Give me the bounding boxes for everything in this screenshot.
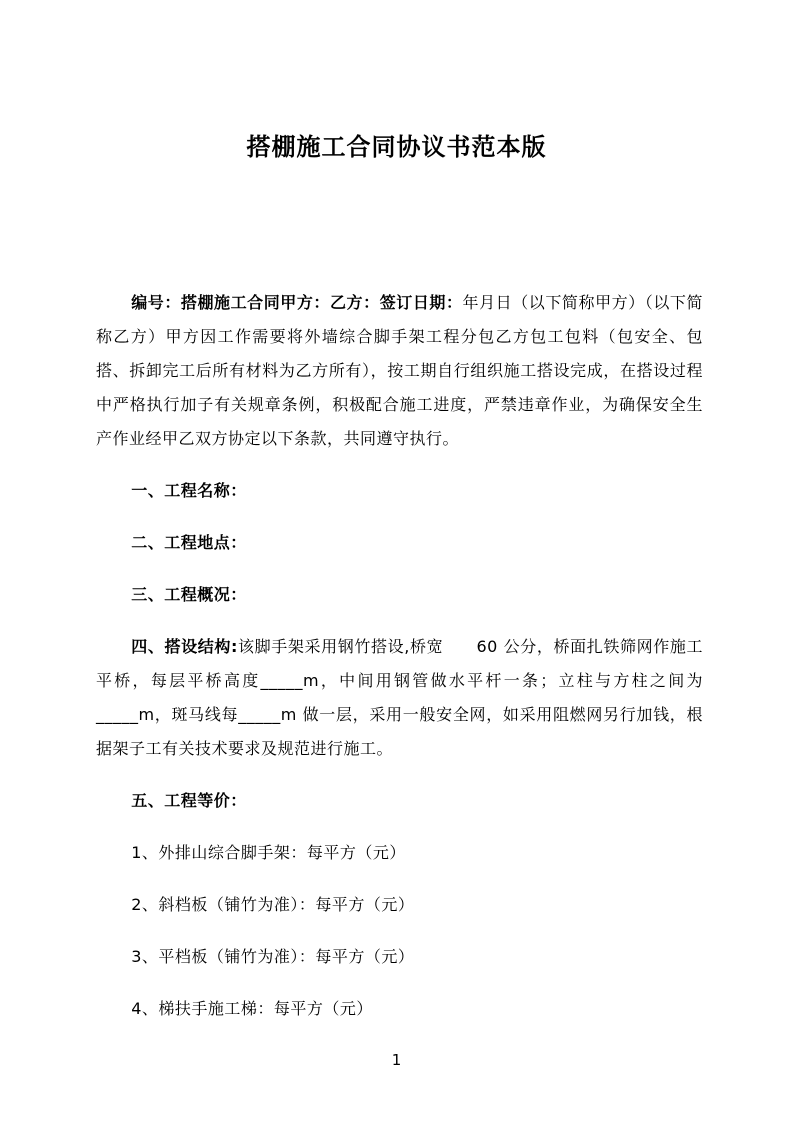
document-title: 搭棚施工合同协议书范本版 (0, 0, 793, 164)
section-heading-project-overview: 三、工程概况： (96, 578, 703, 612)
price-item-2: 2、斜档板（铺竹为准）：每平方（元） (96, 888, 703, 922)
intro-body-text: 年月日（以下简称甲方）（以下简称乙方）甲方因工作需要将外墙综合脚手架工程分包乙方… (96, 293, 703, 448)
intro-lead-text: 编号：搭棚施工合同甲方：乙方：签订日期： (131, 293, 462, 312)
section-heading-project-name: 一、工程名称： (96, 474, 703, 508)
document-body: 编号：搭棚施工合同甲方：乙方：签订日期：年月日（以下简称甲方）（以下简称乙方）甲… (0, 286, 793, 1026)
clause4-paragraph: 四、搭设结构:该脚手架采用钢竹搭设,桥宽 60 公分，桥面扎铁筛网作施工平桥，每… (96, 630, 703, 766)
section-heading-project-price: 五、工程等价： (96, 784, 703, 818)
price-item-1: 1、外排山综合脚手架：每平方（元） (96, 836, 703, 870)
intro-paragraph: 编号：搭棚施工合同甲方：乙方：签订日期：年月日（以下简称甲方）（以下简称乙方）甲… (96, 286, 703, 456)
document-page: 搭棚施工合同协议书范本版 编号：搭棚施工合同甲方：乙方：签订日期：年月日（以下简… (0, 0, 793, 1122)
price-item-4: 4、梯扶手施工梯：每平方（元） (96, 992, 703, 1026)
page-number: 1 (0, 1050, 793, 1070)
clause4-lead-text: 四、搭设结构: (131, 637, 238, 656)
section-heading-project-location: 二、工程地点： (96, 526, 703, 560)
price-item-3: 3、平档板（铺竹为准）：每平方（元） (96, 940, 703, 974)
